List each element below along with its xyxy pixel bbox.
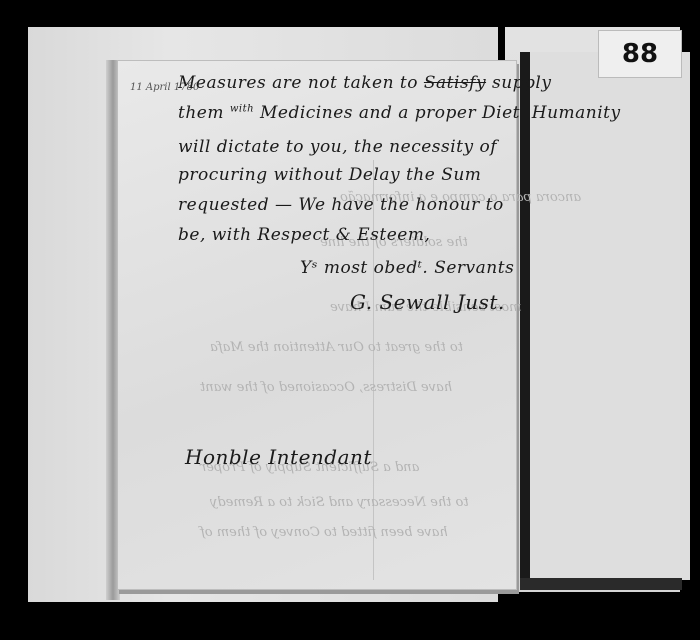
page-number-label: 88 [598, 30, 682, 78]
letter-line-3: will dictate to you, the necessity of [178, 137, 497, 157]
letter-line-6: be, with Respect & Esteem, [178, 225, 430, 245]
letter-line-2: them with Medicines and a proper Diet. H… [178, 103, 621, 123]
fold-line [373, 160, 374, 580]
line-text: Measures are not taken to [178, 73, 424, 93]
signature: G. Sewall Just. [350, 290, 505, 314]
letter-line-4: procuring without Delay the Sum [178, 165, 481, 185]
line-text: them [178, 103, 230, 123]
addressee: Honble Intendant [185, 445, 372, 469]
closing-line: Yˢ most obedᵗ. Servants [300, 258, 514, 278]
bleed-through-text: to the Necessary and Sick to a Remedy [210, 495, 469, 510]
struck-word: Satisfy [424, 73, 486, 93]
bleed-through-text: have been fitted to Convey of them of [200, 525, 448, 540]
line-text: supply [486, 73, 551, 93]
bleed-through-text: to the great to Our Attention the Mafa [210, 340, 463, 355]
line-text: Medicines and a proper Diet. Humanity [254, 103, 621, 123]
letter-line-1: Measures are not taken to Satisfy supply [178, 73, 551, 93]
bleed-through-text: have Distress, Occasioned of the want [200, 380, 452, 395]
right-page-edge [520, 578, 682, 590]
letter-line-5: requested — We have the honour to [178, 195, 504, 215]
inserted-word: with [230, 103, 254, 114]
